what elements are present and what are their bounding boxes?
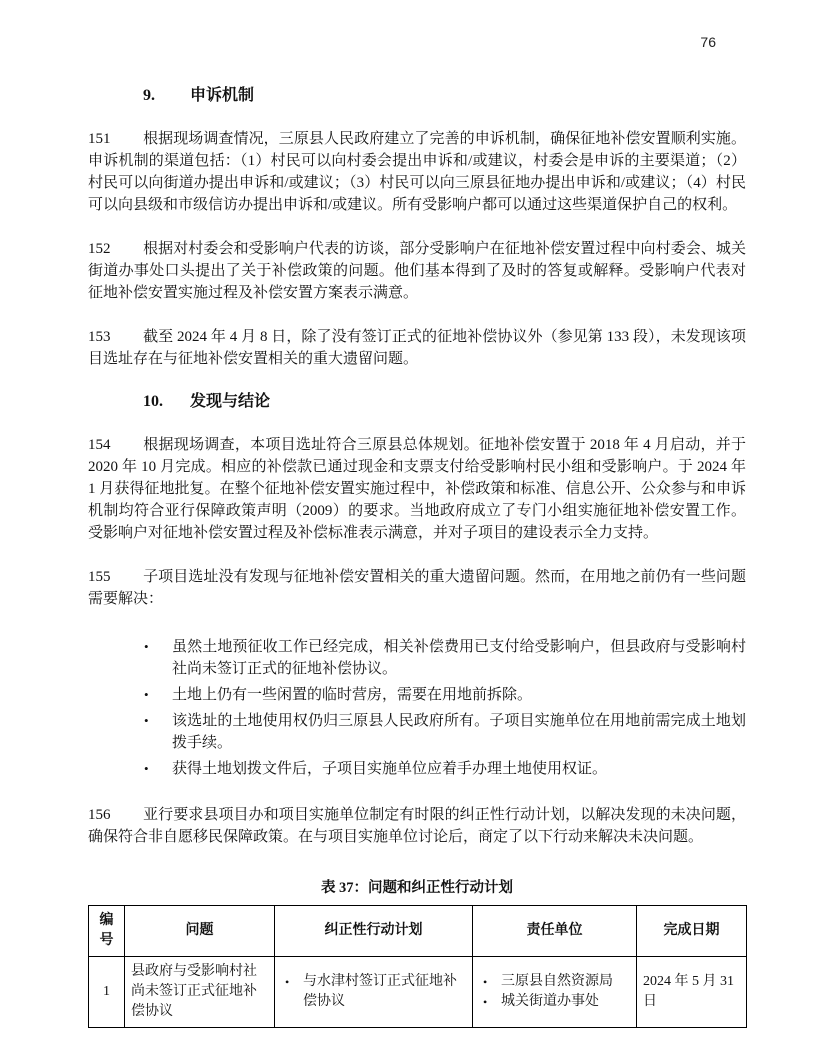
list-item-text: 土地上仍有一些闲置的临时营房，需要在用地前拆除。 (172, 687, 532, 703)
action-text: 与水津村签订正式征地补偿协议 (303, 974, 457, 1009)
paragraph-text: 亚行要求县项目办和项目实施单位制定有时限的纠正性行动计划，以解决发现的未决问题，… (88, 807, 746, 845)
section-number: 10. (143, 392, 190, 412)
col-header-id: 编号 (89, 906, 125, 957)
paragraph-152: 152根据对村委会和受影响户代表的访谈，部分受影响户在征地补偿安置过程中向村委会… (88, 238, 746, 304)
bullet-icon: • (144, 684, 149, 706)
bullet-icon: • (483, 992, 487, 1012)
agency-text: 三原县自然资源局 (501, 974, 613, 989)
paragraph-number: 155 (88, 566, 143, 588)
bullet-icon: • (483, 972, 487, 992)
paragraph-number: 156 (88, 804, 143, 826)
paragraph-151: 151根据现场调查情况，三原县人民政府建立了完善的申诉机制，确保征地补偿安置顺利… (88, 128, 746, 216)
corrective-action-table: 编号 问题 纠正性行动计划 责任单位 完成日期 1 县政府与受影响村社尚未签订正… (88, 905, 747, 1028)
paragraph-text: 根据现场调查情况，三原县人民政府建立了完善的申诉机制，确保征地补偿安置顺利实施。… (88, 131, 746, 213)
col-header-agency: 责任单位 (473, 906, 637, 957)
page-number: 76 (88, 34, 746, 50)
paragraph-text: 根据对村委会和受影响户代表的访谈，部分受影响户在征地补偿安置过程中向村委会、城关… (88, 241, 746, 301)
table-row: 1 县政府与受影响村社尚未签订正式征地补偿协议 •与水津村签订正式征地补偿协议 … (89, 957, 747, 1028)
cell-issue: 县政府与受影响村社尚未签订正式征地补偿协议 (125, 957, 275, 1028)
col-header-action: 纠正性行动计划 (275, 906, 473, 957)
list-item-text: 该选址的土地使用权仍归三原县人民政府所有。子项目实施单位在用地前需完成土地划拨手… (172, 713, 746, 751)
list-item: •虽然土地预征收工作已经完成，相关补偿费用已支付给受影响户，但县政府与受影响村社… (142, 636, 746, 680)
table-caption: 表 37：问题和纠正性行动计划 (88, 876, 746, 897)
list-item-text: 获得土地划拨文件后，子项目实施单位应着手办理土地使用权证。 (172, 761, 607, 777)
cell-actions: •与水津村签订正式征地补偿协议 (275, 957, 473, 1028)
table-header-row: 编号 问题 纠正性行动计划 责任单位 完成日期 (89, 906, 747, 957)
col-header-issue: 问题 (125, 906, 275, 957)
action-item: •与水津村签订正式征地补偿协议 (281, 972, 466, 1012)
paragraph-number: 152 (88, 238, 143, 260)
list-item: •该选址的土地使用权仍归三原县人民政府所有。子项目实施单位在用地前需完成土地划拨… (142, 710, 746, 754)
cell-id: 1 (89, 957, 125, 1028)
cell-agencies: •三原县自然资源局 •城关街道办事处 (473, 957, 637, 1028)
issue-bullet-list: •虽然土地预征收工作已经完成，相关补偿费用已支付给受影响户，但县政府与受影响村社… (142, 636, 746, 780)
list-item: •获得土地划拨文件后，子项目实施单位应着手办理土地使用权证。 (142, 758, 746, 780)
paragraph-text: 截至 2024 年 4 月 8 日，除了没有签订正式的征地补偿协议外（参见第 1… (88, 329, 746, 367)
paragraph-156: 156亚行要求县项目办和项目实施单位制定有时限的纠正性行动计划，以解决发现的未决… (88, 804, 746, 848)
section-title: 发现与结论 (190, 393, 270, 410)
paragraph-text: 根据现场调查，本项目选址符合三原县总体规划。征地补偿安置于 2018 年 4 月… (88, 437, 746, 541)
agency-item: •三原县自然资源局 (479, 972, 630, 992)
agency-item: •城关街道办事处 (479, 992, 630, 1012)
bullet-icon: • (144, 758, 149, 780)
section-title: 申诉机制 (190, 87, 254, 104)
document-page: 76 9.申诉机制 151根据现场调查情况，三原县人民政府建立了完善的申诉机制，… (0, 0, 816, 1056)
bullet-icon: • (285, 972, 289, 992)
list-item: •土地上仍有一些闲置的临时营房，需要在用地前拆除。 (142, 684, 746, 706)
paragraph-number: 154 (88, 434, 143, 456)
paragraph-153: 153截至 2024 年 4 月 8 日，除了没有签订正式的征地补偿协议外（参见… (88, 326, 746, 370)
section-heading-10: 10.发现与结论 (143, 392, 746, 412)
paragraph-number: 153 (88, 326, 143, 348)
paragraph-number: 151 (88, 128, 143, 150)
paragraph-text: 子项目选址没有发现与征地补偿安置相关的重大遗留问题。然而，在用地之前仍有一些问题… (88, 569, 746, 607)
section-heading-9: 9.申诉机制 (143, 86, 746, 106)
paragraph-154: 154根据现场调查，本项目选址符合三原县总体规划。征地补偿安置于 2018 年 … (88, 434, 746, 544)
bullet-icon: • (144, 636, 149, 658)
cell-date: 2024 年 5 月 31 日 (637, 957, 747, 1028)
paragraph-155: 155子项目选址没有发现与征地补偿安置相关的重大遗留问题。然而，在用地之前仍有一… (88, 566, 746, 610)
list-item-text: 虽然土地预征收工作已经完成，相关补偿费用已支付给受影响户，但县政府与受影响村社尚… (172, 639, 746, 677)
section-number: 9. (143, 86, 190, 106)
bullet-icon: • (144, 710, 149, 732)
agency-text: 城关街道办事处 (501, 994, 599, 1009)
col-header-date: 完成日期 (637, 906, 747, 957)
